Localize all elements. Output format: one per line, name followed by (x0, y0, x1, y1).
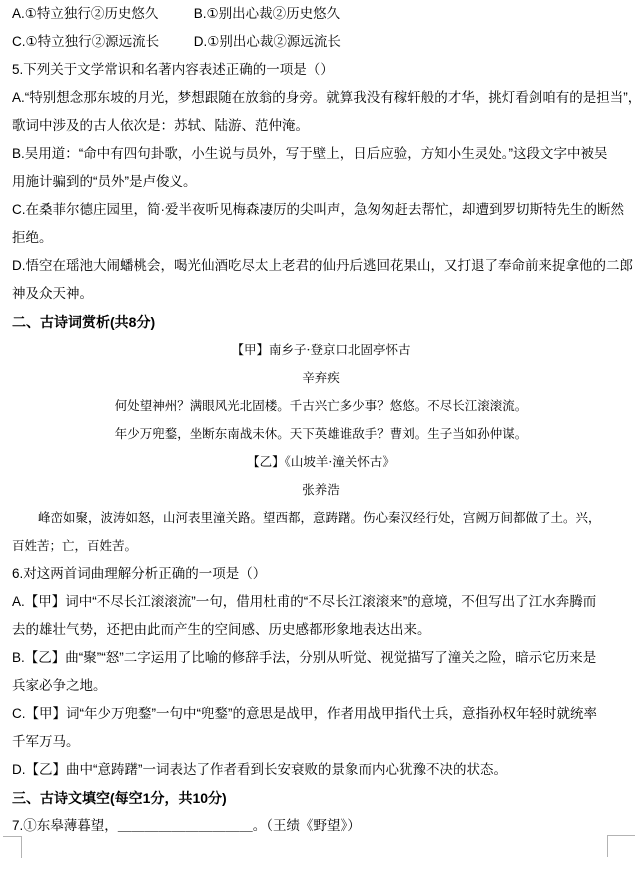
page-margin-mark-bottom-left (3, 836, 22, 858)
q6-option-c-line-2: 千军万马。 (0, 728, 642, 756)
poem-yi-line-2: 百姓苦；亡，百姓苦。 (0, 532, 642, 560)
q7-answer-blank: ＿＿＿＿＿＿＿＿＿＿ (118, 818, 253, 833)
q7-prefix: 7.①东皋薄暮望， (12, 818, 118, 833)
q5-option-d-line-1: D.悟空在瑶池大闹蟠桃会，喝光仙酒吃尽太上老君的仙丹后逃回花果山，又打退了奉命前… (0, 252, 642, 280)
q4-option-d: D.①别出心裁②源远流长 (194, 34, 341, 49)
q4-option-a: A.①特立独行②历史悠久 (12, 0, 190, 28)
q6-option-a-line-1: A.【甲】词中“不尽长江滚滚流”一句，借用杜甫的“不尽长江滚滚来”的意境，不但写… (0, 588, 642, 616)
poem-jia-author: 辛弃疾 (0, 364, 642, 392)
page-margin-mark-bottom-right (607, 835, 635, 857)
q6-option-b-line-2: 兵家必争之地。 (0, 672, 642, 700)
poem-yi-line-1: 峰峦如聚，波涛如怒，山河表里潼关路。望西都，意踌躇。伤心秦汉经行处，宫阙万间都做… (0, 504, 642, 532)
q7-line: 7.①东皋薄暮望，＿＿＿＿＿＿＿＿＿＿。（王绩《野望》） (0, 812, 642, 840)
q4-option-c: C.①特立独行②源远流长 (12, 28, 190, 56)
q4-options-row-2: C.①特立独行②源远流长 D.①别出心裁②源远流长 (0, 28, 642, 56)
q5-option-c-line-2: 拒绝。 (0, 224, 642, 252)
q6-option-d: D.【乙】曲中“意踌躇”一词表达了作者看到长安衰败的景象而内心犹豫不决的状态。 (0, 756, 642, 784)
poem-yi-title: 【乙】《山坡羊·潼关怀古》 (0, 448, 642, 476)
q5-option-a-line-2: 歌词中涉及的古人依次是：苏轼、陆游、范仲淹。 (0, 112, 642, 140)
section-2-header: 二、古诗词赏析(共8分) (0, 308, 642, 336)
q5-option-b-line-2: 用施计骗到的“员外”是卢俊义。 (0, 168, 642, 196)
section-3-header: 三、古诗文填空(每空1分，共10分) (0, 784, 642, 812)
q6-option-a-line-2: 去的雄壮气势，还把由此而产生的空间感、历史感都形象地表达出来。 (0, 616, 642, 644)
poem-jia-title: 【甲】南乡子·登京口北固亭怀古 (0, 336, 642, 364)
q5-option-b-line-1: B.吴用道：“命中有四句卦歌，小生说与员外，写于壁上，日后应验，方知小生灵处。”… (0, 140, 642, 168)
q5-option-d-line-2: 神及众天神。 (0, 280, 642, 308)
q6-option-b-line-1: B.【乙】曲“聚”“怒”二字运用了比喻的修辞手法，分别从听觉、视觉描写了潼关之险… (0, 644, 642, 672)
poem-yi-author: 张养浩 (0, 476, 642, 504)
q7-suffix: 。（王绩《野望》） (253, 818, 361, 833)
q6-option-c-line-1: C.【甲】词“年少万兜鍪”一句中“兜鍪”的意思是战甲，作者用战甲指代士兵，意指孙… (0, 700, 642, 728)
poem-jia-line-1: 何处望神州？满眼风光北固楼。千古兴亡多少事？悠悠。不尽长江滚滚流。 (0, 392, 642, 420)
exam-page: A.①特立独行②历史悠久 B.①别出心裁②历史悠久 C.①特立独行②源远流长 D… (0, 0, 642, 869)
poem-jia-line-2: 年少万兜鍪，坐断东南战未休。天下英雄谁敌手？曹刘。生子当如孙仲谋。 (0, 420, 642, 448)
q5-stem: 5.下列关于文学常识和名著内容表述正确的一项是（） (0, 56, 642, 84)
q4-option-b: B.①别出心裁②历史悠久 (194, 6, 340, 21)
q5-option-c-line-1: C.在桑菲尔德庄园里，简·爱半夜听见梅森凄厉的尖叫声，急匆匆赶去帮忙，却遭到罗切… (0, 196, 642, 224)
q5-option-a-line-1: A.“特别想念那东坡的月光，梦想跟随在放翁的身旁。就算我没有稼轩般的才华，挑灯看… (0, 84, 642, 112)
q6-stem: 6.对这两首词曲理解分析正确的一项是（） (0, 560, 642, 588)
q4-options-row-1: A.①特立独行②历史悠久 B.①别出心裁②历史悠久 (0, 0, 642, 28)
